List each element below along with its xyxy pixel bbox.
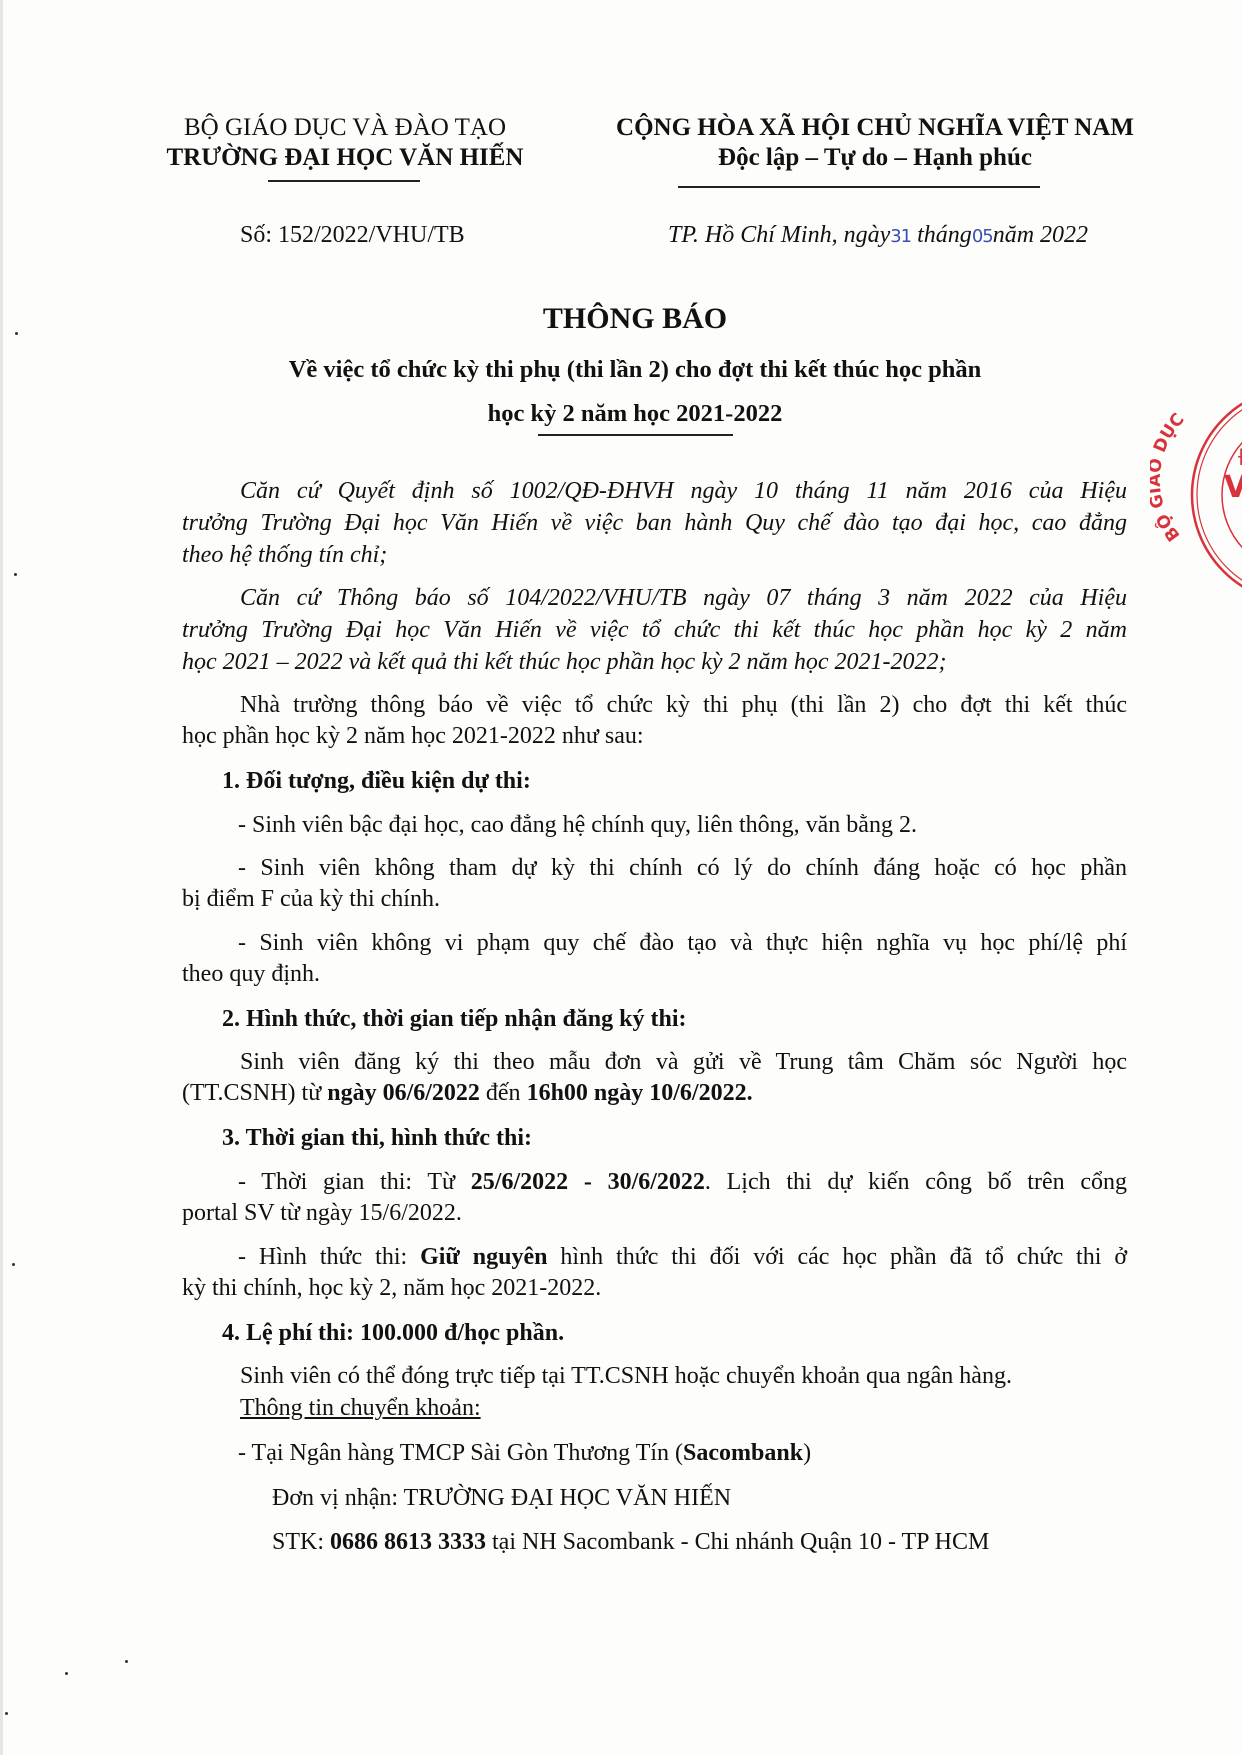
section-1-item-2-line1: - Sinh viên không tham dự kỳ thi chính c…	[238, 855, 1127, 882]
account-suffix: tại NH Sacombank - Chi nhánh Quận 10 - T…	[486, 1529, 989, 1555]
recipient-line: Đơn vị nhận: TRƯỜNG ĐẠI HỌC VĂN HIẾN	[272, 1485, 731, 1512]
motto-underline	[678, 186, 1040, 188]
scan-speck	[15, 332, 18, 335]
preamble-2-line3: học 2021 – 2022 và kết quả thi kết thúc …	[182, 649, 946, 676]
place-and-date: TP. Hồ Chí Minh, ngày31 tháng05năm 2022	[668, 222, 1088, 249]
section-3-heading: 3. Thời gian thi, hình thức thi:	[222, 1125, 532, 1152]
registration-deadline: 16h00 ngày 10/6/2022.	[527, 1080, 753, 1106]
preamble-2-line1: Căn cứ Thông báo số 104/2022/VHU/TB ngày…	[240, 585, 1127, 612]
scan-speck	[12, 1263, 15, 1266]
scan-speck	[5, 1712, 8, 1715]
account-line: STK: 0686 8613 3333 tại NH Sacombank - C…	[272, 1529, 989, 1556]
handwritten-month: 05	[972, 226, 993, 247]
section-4-heading: 4. Lệ phí thi: 100.000 đ/học phần.	[222, 1320, 564, 1347]
scan-speck	[14, 573, 17, 576]
preamble-1-line2: trưởng Trường Đại học Văn Hiến về việc b…	[182, 510, 1127, 537]
date-prefix: TP. Hồ Chí Minh, ngày	[668, 222, 890, 248]
exam-time-suffix: . Lịch thi dự kiến công bố trên cổng	[705, 1169, 1127, 1195]
national-title: CỘNG HÒA XÃ HỘI CHỦ NGHĨA VIỆT NAM	[585, 113, 1165, 143]
section-2-line2: (TT.CSNH) từ ngày 06/6/2022 đến 16h00 ng…	[182, 1080, 753, 1107]
account-number: 0686 8613 3333	[330, 1529, 486, 1555]
exam-form-prefix: - Hình thức thi:	[238, 1244, 420, 1270]
handwritten-day: 31	[890, 226, 911, 247]
preamble-1-line1: Căn cứ Quyết định số 1002/QĐ-ĐHVH ngày 1…	[240, 478, 1127, 505]
registration-prefix: (TT.CSNH) từ	[182, 1080, 327, 1106]
document-number: Số: 152/2022/VHU/TB	[240, 222, 465, 249]
bank-short-name: Sacombank	[683, 1440, 803, 1466]
document-subtitle-line1: Về việc tổ chức kỳ thi phụ (thi lần 2) c…	[170, 356, 1100, 384]
section-1-item-2-line2: bị điểm F của kỳ thi chính.	[182, 886, 440, 913]
national-motto: Độc lập – Tự do – Hạnh phúc	[585, 143, 1165, 173]
bank-suffix: )	[803, 1440, 811, 1466]
section-1-item-3-line2: theo quy định.	[182, 961, 320, 988]
preamble-1-line3: theo hệ thống tín chỉ;	[182, 542, 387, 569]
document-title: THÔNG BÁO	[170, 302, 1100, 336]
exam-form-suffix: hình thức thi đối với các học phần đã tổ…	[547, 1244, 1127, 1270]
scan-speck	[125, 1660, 128, 1663]
section-3-item-1-line2: portal SV từ ngày 15/6/2022.	[182, 1200, 462, 1227]
transfer-info-label: Thông tin chuyển khoản:	[240, 1395, 481, 1422]
section-1-item-1: - Sinh viên bậc đại học, cao đẳng hệ chí…	[238, 812, 917, 839]
preamble-2-line2: trưởng Trường Đại học Văn Hiến về việc t…	[182, 617, 1127, 644]
ministry-name: BỘ GIÁO DỤC VÀ ĐÀO TẠO	[150, 113, 540, 143]
official-seal-icon: BỘ GIÁO DỤC TR ĐẠ VĂN	[1150, 385, 1242, 615]
registration-start-date: ngày 06/6/2022	[327, 1080, 480, 1106]
scan-speck	[65, 1672, 68, 1675]
exam-date-range: 25/6/2022 - 30/6/2022	[471, 1169, 705, 1195]
section-1-item-3-line1: - Sinh viên không vi phạm quy chế đào tạ…	[238, 930, 1127, 957]
section-4-line1: Sinh viên có thể đóng trực tiếp tại TT.C…	[240, 1363, 1012, 1390]
section-1-heading: 1. Đối tượng, điều kiện dự thi:	[222, 768, 531, 795]
document-subtitle-line2: học kỳ 2 năm học 2021-2022	[170, 400, 1100, 428]
exam-form-bold: Giữ nguyên	[420, 1244, 547, 1270]
intro-line2: học phần học kỳ 2 năm học 2021-2022 như …	[182, 723, 644, 750]
bank-line: - Tại Ngân hàng TMCP Sài Gòn Thương Tín …	[238, 1440, 811, 1467]
year-label: năm 2022	[993, 222, 1088, 248]
svg-text:ĐẠ: ĐẠ	[1238, 446, 1242, 471]
scan-page-edge	[0, 0, 3, 1755]
registration-mid: đến	[480, 1080, 527, 1106]
month-label: tháng	[917, 222, 972, 248]
university-name: TRƯỜNG ĐẠI HỌC VĂN HIẾN	[150, 143, 540, 173]
section-2-heading: 2. Hình thức, thời gian tiếp nhận đăng k…	[222, 1006, 686, 1033]
section-3-item-2-line1: - Hình thức thi: Giữ nguyên hình thức th…	[238, 1244, 1127, 1271]
account-prefix: STK:	[272, 1529, 330, 1555]
section-3-item-1-line1: - Thời gian thi: Từ 25/6/2022 - 30/6/202…	[238, 1169, 1127, 1196]
intro-line1: Nhà trường thông báo về việc tổ chức kỳ …	[240, 692, 1127, 719]
university-underline	[268, 180, 420, 182]
subtitle-underline	[538, 434, 733, 436]
svg-text:BỘ GIÁO DỤC: BỘ GIÁO DỤC	[1150, 410, 1189, 545]
svg-text:VĂN: VĂN	[1224, 468, 1242, 505]
section-3-item-2-line2: kỳ thi chính, học kỳ 2, năm học 2021-202…	[182, 1275, 601, 1302]
exam-time-prefix: - Thời gian thi: Từ	[238, 1169, 471, 1195]
bank-prefix: - Tại Ngân hàng TMCP Sài Gòn Thương Tín …	[238, 1440, 683, 1466]
section-2-line1: Sinh viên đăng ký thi theo mẫu đơn và gử…	[240, 1049, 1127, 1076]
